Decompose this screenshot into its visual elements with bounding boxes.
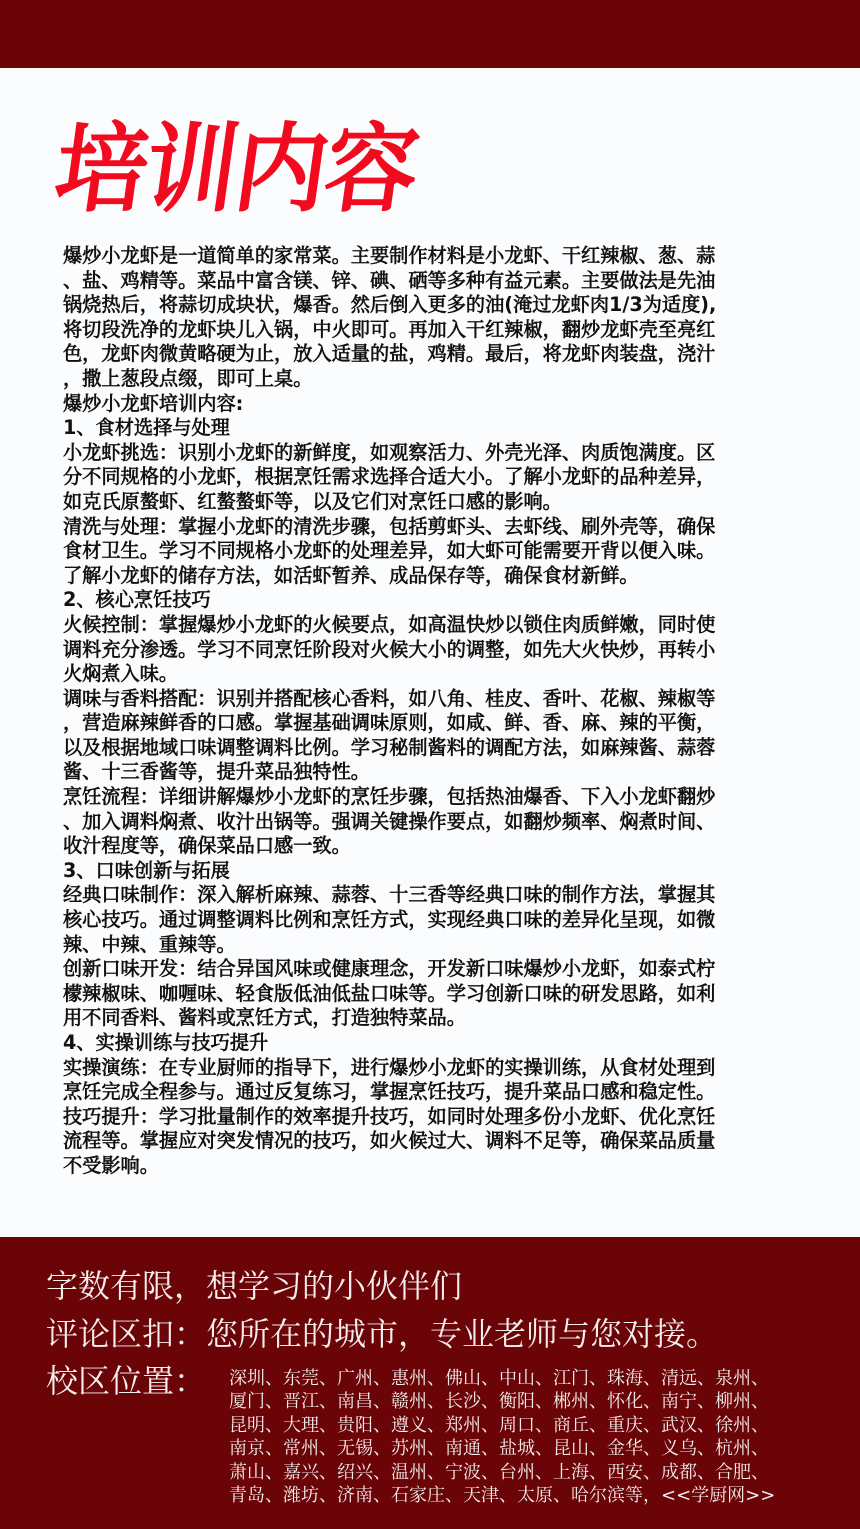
- section-intro: 爆炒小龙虾培训内容:: [63, 392, 808, 417]
- text-line: 如克氏原螯虾、红螯螯虾等，以及它们对烹饪口感的影响。: [63, 490, 808, 515]
- city-row: 昆明、大理、贵阳、遵义、郑州、周口、商丘、重庆、武汉、徐州、: [229, 1414, 829, 1437]
- footer-line-comment-prompt: 评论区扣：您所在的城市，专业老师与您对接。: [46, 1314, 718, 1354]
- training-content: 爆炒小龙虾是一道简单的家常菜。主要制作材料是小龙虾、干红辣椒、葱、蒜 、盐、鸡精…: [63, 244, 808, 1179]
- section-heading: 4、实操训练与技巧提升: [63, 1031, 808, 1056]
- text-line: 了解小龙虾的储存方法，如活虾暂养、成品保存等，确保食材新鲜。: [63, 564, 808, 589]
- text-line: 分不同规格的小龙虾，根据烹饪需求选择合适大小。了解小龙虾的品种差异，: [63, 465, 808, 490]
- text-line: 创新口味开发：结合异国风味或健康理念，开发新口味爆炒小龙虾，如泰式柠: [63, 957, 808, 982]
- text-line: 将切段洗净的龙虾块儿入锅，中火即可。再加入干红辣椒，翻炒龙虾壳至亮红: [63, 318, 808, 343]
- text-line: 、加入调料焖煮、收汁出锅等。强调关键操作要点，如翻炒频率、焖煮时间、: [63, 810, 808, 835]
- text-line: 火候控制：掌握爆炒小龙虾的火候要点，如高温快炒以锁住肉质鲜嫩，同时使: [63, 613, 808, 638]
- text-line: 技巧提升：学习批量制作的效率提升技巧，如同时处理多份小龙虾、优化烹饪: [63, 1105, 808, 1130]
- text-line: 经典口味制作：深入解析麻辣、蒜蓉、十三香等经典口味的制作方法，掌握其: [63, 883, 808, 908]
- text-line: ，营造麻辣鲜香的口感。掌握基础调味原则，如咸、鲜、香、麻、辣的平衡，: [63, 711, 808, 736]
- city-row: 青岛、潍坊、济南、石家庄、天津、太原、哈尔滨等，<<学厨网>>: [229, 1484, 829, 1507]
- text-line: 调料充分渗透。学习不同烹饪阶段对火候大小的调整，如先大火快炒，再转小: [63, 638, 808, 663]
- text-line: 檬辣椒味、咖喱味、轻食版低油低盐口味等。学习创新口味的研发思路，如利: [63, 982, 808, 1007]
- text-line: 收汁程度等，确保菜品口感一致。: [63, 834, 808, 859]
- text-line: 色，龙虾肉微黄略硬为止，放入适量的盐，鸡精。最后，将龙虾肉装盘，浇汁: [63, 342, 808, 367]
- text-line: 、盐、鸡精等。菜品中富含镁、锌、碘、硒等多种有益元素。主要做法是先油: [63, 269, 808, 294]
- top-banner: [0, 0, 860, 68]
- page-title: 培训内容: [48, 112, 424, 228]
- section-heading: 2、核心烹饪技巧: [63, 588, 808, 613]
- text-line: ，撒上葱段点缀，即可上桌。: [63, 367, 808, 392]
- text-line: 调味与香料搭配：识别并搭配核心香料，如八角、桂皮、香叶、花椒、辣椒等: [63, 687, 808, 712]
- section-heading: 3、口味创新与拓展: [63, 859, 808, 884]
- text-line: 以及根据地域口味调整调料比例。学习秘制酱料的调配方法，如麻辣酱、蒜蓉: [63, 736, 808, 761]
- text-line: 清洗与处理：掌握小龙虾的清洗步骤，包括剪虾头、去虾线、刷外壳等，确保: [63, 515, 808, 540]
- footer-line-limited-text: 字数有限，想学习的小伙伴们: [46, 1266, 462, 1306]
- text-line: 辣、中辣、重辣等。: [63, 933, 808, 958]
- footer-banner: 字数有限，想学习的小伙伴们 评论区扣：您所在的城市，专业老师与您对接。 校区位置…: [0, 1237, 860, 1529]
- text-line: 烹饪完成全程参与。通过反复练习，掌握烹饪技巧，提升菜品口感和稳定性。: [63, 1080, 808, 1105]
- campus-city-list: 深圳、东莞、广州、惠州、佛山、中山、江门、珠海、清远、泉州、 厦门、晋江、南昌、…: [229, 1367, 829, 1507]
- text-line: 酱、十三香酱等，提升菜品独特性。: [63, 760, 808, 785]
- city-row: 南京、常州、无锡、苏州、南通、盐城、昆山、金华、义乌、杭州、: [229, 1437, 829, 1460]
- campus-location-label: 校区位置：: [46, 1361, 206, 1401]
- text-line: 锅烧热后，将蒜切成块状，爆香。然后倒入更多的油(淹过龙虾肉1/3为适度),: [63, 293, 808, 318]
- text-line: 用不同香料、酱料或烹饪方式，打造独特菜品。: [63, 1006, 808, 1031]
- text-line: 小龙虾挑选：识别小龙虾的新鲜度，如观察活力、外壳光泽、肉质饱满度。区: [63, 441, 808, 466]
- text-line: 实操演练：在专业厨师的指导下，进行爆炒小龙虾的实操训练，从食材处理到: [63, 1056, 808, 1081]
- text-line: 食材卫生。学习不同规格小龙虾的处理差异，如大虾可能需要开背以便入味。: [63, 539, 808, 564]
- text-line: 流程等。掌握应对突发情况的技巧，如火候过大、调料不足等，确保菜品质量: [63, 1129, 808, 1154]
- text-line: 火焖煮入味。: [63, 662, 808, 687]
- city-row: 厦门、晋江、南昌、赣州、长沙、衡阳、郴州、怀化、南宁、柳州、: [229, 1390, 829, 1413]
- section-heading: 1、食材选择与处理: [63, 416, 808, 441]
- text-line: 核心技巧。通过调整调料比例和烹饪方式，实现经典口味的差异化呈现，如微: [63, 908, 808, 933]
- text-line: 烹饪流程：详细讲解爆炒小龙虾的烹饪步骤，包括热油爆香、下入小龙虾翻炒: [63, 785, 808, 810]
- city-row: 深圳、东莞、广州、惠州、佛山、中山、江门、珠海、清远、泉州、: [229, 1367, 829, 1390]
- text-line: 爆炒小龙虾是一道简单的家常菜。主要制作材料是小龙虾、干红辣椒、葱、蒜: [63, 244, 808, 269]
- city-row: 萧山、嘉兴、绍兴、温州、宁波、台州、上海、西安、成都、合肥、: [229, 1461, 829, 1484]
- text-line: 不受影响。: [63, 1154, 808, 1179]
